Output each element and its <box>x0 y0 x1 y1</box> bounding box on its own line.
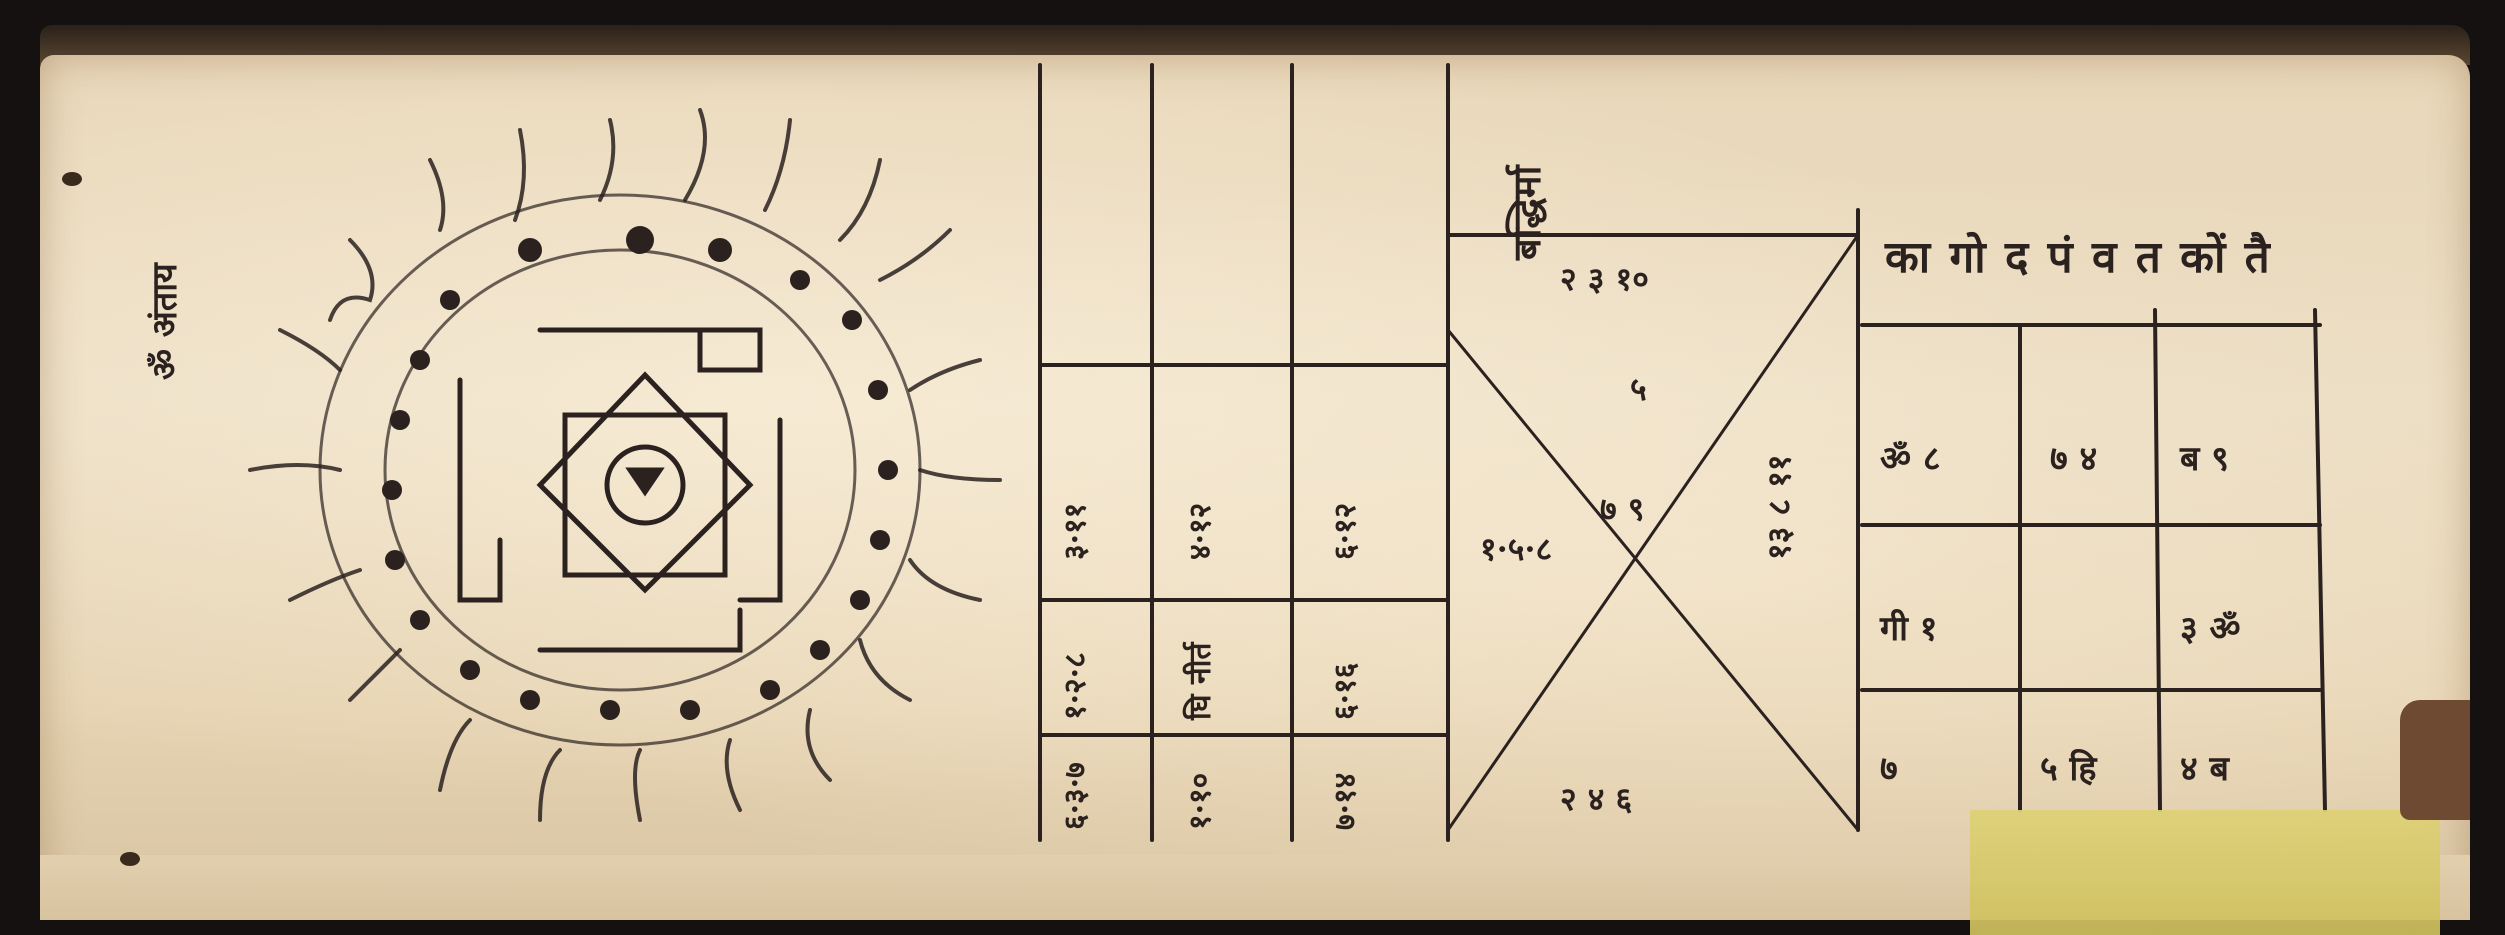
torn-corner <box>2400 700 2470 820</box>
yellow-paper-patch <box>1970 810 2440 935</box>
svg-text:१·१०: १·१० <box>1183 773 1218 830</box>
yantra-maze <box>460 330 780 650</box>
svg-text:७: ७ <box>1880 749 1898 789</box>
grid-title-inscription: का गो द पं व त कों तै <box>1885 225 2272 285</box>
svg-text:२ ४ ६: २ ४ ६ <box>1560 780 1632 818</box>
cross-square-numbers: २ ३ १० ५ १·५·८ ७ ९ १३ ८ ११ २ ४ ६ <box>1480 260 1798 818</box>
svg-text:१३ ८ ११: १३ ८ ११ <box>1760 455 1798 560</box>
svg-text:३·११: ३·११ <box>1058 503 1093 560</box>
svg-text:१·२·८: १·२·८ <box>1058 652 1093 720</box>
svg-text:७ ९: ७ ९ <box>1600 490 1644 528</box>
svg-text:७·१४: ७·१४ <box>1328 773 1363 830</box>
svg-text:ॐ ८: ॐ ८ <box>1880 439 1941 479</box>
yantra-inner-circle <box>385 250 855 690</box>
svg-text:२ ३ १०: २ ३ १० <box>1560 260 1649 298</box>
table-header-inscription: बद्धिर्मा <box>1500 166 1552 260</box>
ink-drawings: ३·११ ४·१२ ६·१२ १·२·८ घि नीर्त ६·१६ ६·३·७… <box>0 0 2505 935</box>
magic-grid-cells: ॐ ८ ७ ४ ब ९ गी १ ३ ॐ ७ ५ हि ४ ब <box>1879 439 2241 789</box>
yantra-triangle <box>630 470 660 492</box>
svg-text:ब ९: ब ९ <box>2179 439 2229 479</box>
svg-text:६·१६: ६·१६ <box>1328 663 1363 720</box>
yantra-outer-circle <box>320 195 920 745</box>
svg-text:३ ॐ: ३ ॐ <box>2180 609 2241 649</box>
svg-text:६·३·७: ६·३·७ <box>1058 762 1093 830</box>
svg-text:घि नीर्त: घि नीर्त <box>1182 641 1218 721</box>
svg-text:५ हि: ५ हि <box>2040 748 2098 789</box>
manuscript-photo: ३·११ ४·१२ ६·१२ १·२·८ घि नीर्त ६·१६ ६·३·७… <box>0 0 2505 935</box>
svg-text:७ ४: ७ ४ <box>2050 439 2097 479</box>
svg-text:४ ब: ४ ब <box>2180 749 2231 789</box>
svg-text:५: ५ <box>1630 370 1647 408</box>
left-margin-inscription: ॐ अंताय <box>140 263 186 380</box>
svg-text:६·१२: ६·१२ <box>1328 503 1363 560</box>
magic-grid-lines <box>1862 310 2325 810</box>
svg-text:गी १: गी १ <box>1879 608 1937 649</box>
ledger-table-lines <box>1040 65 1448 840</box>
svg-text:१·५·८: १·५·८ <box>1480 530 1552 568</box>
ledger-cells: ३·११ ४·१२ ६·१२ १·२·८ घि नीर्त ६·१६ ६·३·७… <box>1058 503 1363 830</box>
svg-text:४·१२: ४·१२ <box>1183 503 1218 560</box>
